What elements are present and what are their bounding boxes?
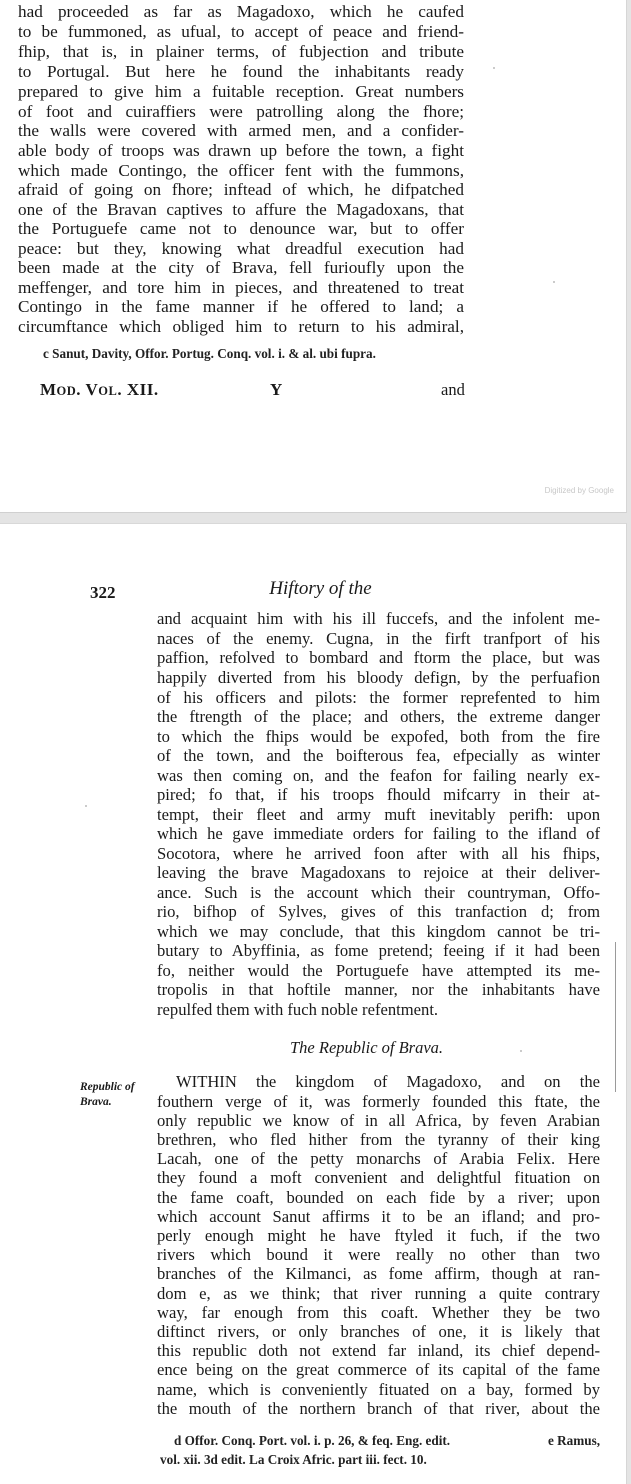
marginal-note: Republic of Brava. <box>80 1080 135 1110</box>
text-line: rio, bifhop of Sylves, gives of this tra… <box>157 902 600 922</box>
footnote-c: c Sanut, Davity, Offor. Portug. Conq. vo… <box>43 346 376 362</box>
text-line: fouthern verge of it, was formerly found… <box>157 1092 600 1112</box>
sig-part: OD <box>57 384 77 398</box>
section-heading: The Republic of Brava. <box>290 1038 443 1058</box>
footnote-d: d Offor. Conq. Port. vol. i. p. 26, & fe… <box>174 1433 450 1449</box>
text-line: was then coming on, and the feafon for f… <box>157 766 600 786</box>
text-line: only republic we know of in all Africa, … <box>157 1111 600 1131</box>
text-line: been made at the city of Brava, fell fur… <box>18 258 464 278</box>
text-line: paffion, refolved to bombard and ftorm t… <box>157 648 600 668</box>
text-line: name, which is conveniently fituated on … <box>157 1380 600 1400</box>
text-line: diftinct rivers, or only branches of one… <box>157 1322 600 1342</box>
text-line: fhip, that is, in plainer terms, of fubj… <box>18 42 464 62</box>
footnote-e-continued: vol. xii. 3d edit. La Croix Afric. part … <box>160 1452 427 1468</box>
text-line: way, far enough from this coaft. Whether… <box>157 1303 600 1323</box>
text-line: brethren, who fled hither from the tyran… <box>157 1130 600 1150</box>
footnote-e: e Ramus, <box>548 1433 600 1449</box>
text-line: prepared to give him a fuitable receptio… <box>18 82 464 102</box>
marginal-note-line: Republic of <box>80 1080 135 1095</box>
text-line: dom e, as we think; that river running a… <box>157 1284 600 1304</box>
text-line: able body of troops was drawn up before … <box>18 141 464 161</box>
scan-gutter-line <box>615 942 616 1092</box>
text-line: the Portuguefe came not to denounce war,… <box>18 219 464 239</box>
text-line: they found a moft convenient and delight… <box>157 1168 600 1188</box>
text-line: perly enough might he have ftyled it fuc… <box>157 1226 600 1246</box>
text-line: tropolis in that hoftile manner, nor the… <box>157 980 600 1000</box>
text-line: leaving the brave Magadoxans to rejoice … <box>157 863 600 883</box>
text-line: of foot and cuiraffiers were patrolling … <box>18 102 464 122</box>
digitized-by-google-watermark: Digitized by Google <box>545 486 614 495</box>
text-line: the mouth of the northern branch of that… <box>157 1399 600 1419</box>
text-line: WITHIN the kingdom of Magadoxo, and on t… <box>176 1072 600 1092</box>
catchword: and <box>441 380 465 400</box>
text-line: pired; fo that, if his troops fhould mif… <box>157 785 600 805</box>
text-line: circumftance which obliged him to return… <box>18 317 464 337</box>
text-line: butary to Abyffinia, as fome pretend; fe… <box>157 941 600 961</box>
text-line: to be fummoned, as ufual, to accept of p… <box>18 22 464 42</box>
scan-speck <box>520 1050 522 1052</box>
marginal-note-line: Brava. <box>80 1095 135 1110</box>
text-line: meffenger, and tore him in pieces, and t… <box>18 278 464 298</box>
text-line: afraid of going on fhore; inftead of whi… <box>18 180 464 200</box>
text-line: repulfed them with fuch noble refentment… <box>157 1000 438 1020</box>
text-line: and acquaint him with his ill fuccefs, a… <box>157 609 600 629</box>
text-line: tempt, their fleet and army muft inevita… <box>157 805 600 825</box>
text-line: of his officers and pilots: the former r… <box>157 688 600 708</box>
text-line: happily diverted from his bloody defign,… <box>157 668 600 688</box>
text-line: ance. Such is the account which their co… <box>157 883 600 903</box>
text-line: fo, neither would the Portuguefe have at… <box>157 961 600 981</box>
text-line: naces of the enemy. Cugna, in the firft … <box>157 629 600 649</box>
text-line: Lacah, one of the petty monarchs of Arab… <box>157 1149 600 1169</box>
running-head: Hiftory of the <box>0 578 631 600</box>
text-line: of the town, and the boifterous fea, efp… <box>157 746 600 766</box>
text-line: which we may conclude, that this kingdom… <box>157 922 600 942</box>
text-line: to which the fhips would be expofed, bot… <box>157 727 600 747</box>
text-line: to Portugal. But here he found the inhab… <box>18 62 464 82</box>
text-line: peace: but they, knowing what dreadful e… <box>18 239 464 259</box>
signature-mark: MOD. VOL. XII. <box>40 380 159 400</box>
scanned-page-321: had proceeded as far as Magadoxo, which … <box>0 0 627 513</box>
sig-part: M <box>40 380 57 399</box>
sig-part: . V <box>76 380 98 399</box>
text-line: the fame coaft, bounded on each fide by … <box>157 1188 600 1208</box>
text-line: the ftrength of the place; and others, t… <box>157 707 600 727</box>
sig-part: . XII. <box>117 380 158 399</box>
scan-speck <box>493 67 495 69</box>
text-line: which account Sanut affirms it to be an … <box>157 1207 600 1227</box>
signature-letter: Y <box>270 380 283 400</box>
scan-speck <box>553 281 555 283</box>
text-line: had proceeded as far as Magadoxo, which … <box>18 2 464 22</box>
text-line: this republic doth not extend far inland… <box>157 1341 600 1361</box>
text-line: branches of the Kilmanci, as fome affirm… <box>157 1264 600 1284</box>
text-line: one of the Bravan captives to affure the… <box>18 200 464 220</box>
text-line: rivers which bound it were really no oth… <box>157 1245 600 1265</box>
scan-speck <box>85 805 87 807</box>
text-line: ence being on the great commerce of its … <box>157 1360 600 1380</box>
text-line: Contingo in the fame manner if he offere… <box>18 297 464 317</box>
text-line: which he gave immediate orders for faili… <box>157 824 600 844</box>
text-line: the walls were covered with armed men, a… <box>18 121 464 141</box>
text-line: which made Contingo, the officer fent wi… <box>18 161 464 181</box>
sig-part: OL <box>98 384 117 398</box>
text-line: Socotora, where he arrived foon after wi… <box>157 844 600 864</box>
